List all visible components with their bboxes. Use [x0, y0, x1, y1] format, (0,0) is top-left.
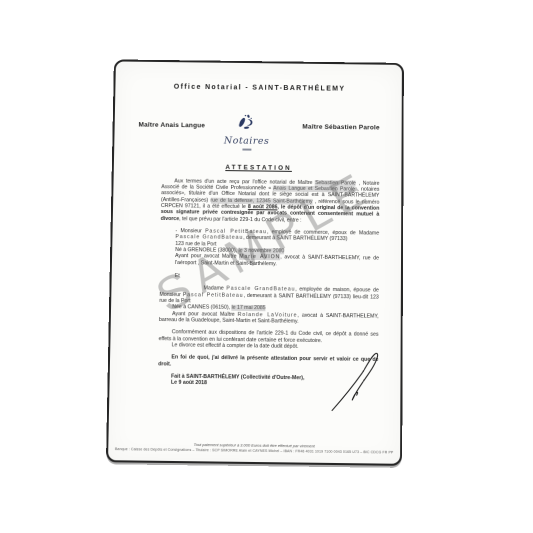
page-content: Office Notarial - SAINT-BARTHÉLEMY Maîtr…: [108, 61, 402, 463]
notaires-logo: Notaires: [217, 113, 277, 151]
intro-paragraph: Aux termes d'un acte reçu par l'office n…: [161, 178, 380, 225]
scanned-page: Office Notarial - SAINT-BARTHÉLEMY Maîtr…: [106, 59, 404, 465]
scan-canvas: Office Notarial - SAINT-BARTHÉLEMY Maîtr…: [0, 0, 533, 533]
attestation-title: ATTESTATION: [138, 163, 380, 173]
office-title: Office Notarial - SAINT-BARTHÉLEMY: [139, 83, 380, 93]
wife-name-ref: Pascale GrandBateau: [175, 234, 243, 241]
husband-paragraph: - Monsieur Pascal PetitBateau, employé d…: [175, 228, 379, 268]
notaires-logo-label: Notaires: [224, 135, 269, 146]
notary-name-left: Maître Anais Langue: [138, 122, 205, 130]
logo-underline: [242, 149, 251, 151]
intro-text: , tel que prévu par l'article 229-1 du C…: [179, 216, 301, 223]
wife-paragraph: Madame Pascale GrandBateau, employée de …: [159, 285, 379, 326]
notary-row: Maître Anais Langue: [138, 112, 380, 152]
wife-lawyer-line: Ayant pour avocat Maître Rolande LaVoitu…: [159, 311, 379, 326]
notaires-logo-icon: [236, 113, 258, 135]
redacted-notary-name: Sebastien Parole: [315, 180, 356, 186]
wife-text: Madame: [204, 286, 227, 292]
and-separator: Et: [175, 273, 379, 282]
page-footer: Tout paiement supérieur à 3.000 Euros do…: [108, 441, 400, 455]
husband-name-ref: Pascal PetitBateau: [183, 292, 244, 299]
husband-text: , demeurant à SAINT BARTHÉLEMY (97133): [243, 235, 347, 242]
husband-lawyer-line: Ayant pour avocat Maître Marie AVION, av…: [175, 253, 379, 268]
signature-scribble: [327, 348, 386, 413]
notary-name-right: Maître Sébastien Parole: [302, 124, 379, 132]
